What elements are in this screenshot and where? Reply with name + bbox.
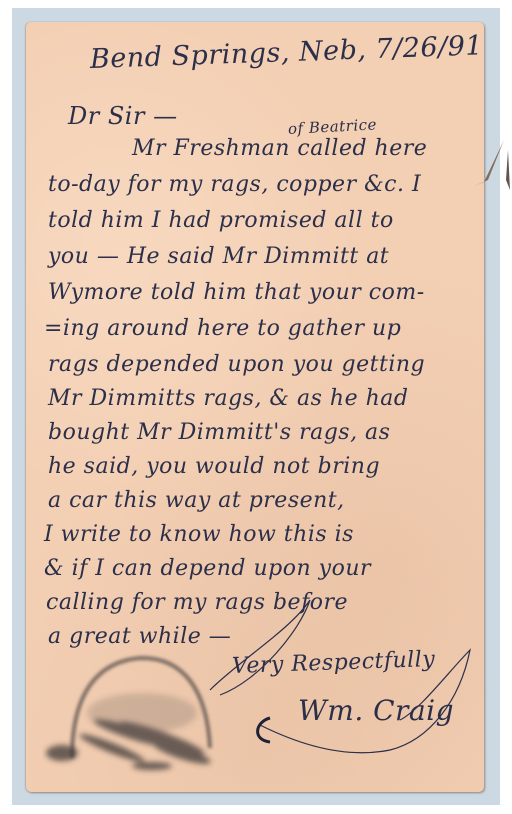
- body-line-9: bought Mr Dimmitt's rags, as: [48, 420, 390, 445]
- signature-flourish: [200, 590, 490, 760]
- body-line-7: rags depended upon you getting: [48, 352, 425, 377]
- ink-stain: [474, 140, 510, 190]
- body-line-6: =ing around here to gather up: [44, 316, 401, 341]
- body-line-13: & if I can depend upon your: [44, 556, 371, 581]
- body-line-12: I write to know how this is: [44, 522, 354, 547]
- body-line-10: he said, you would not bring: [48, 454, 380, 479]
- place-date-heading: Bend Springs, Neb, 7/26/91: [89, 30, 483, 75]
- body-line-5: Wymore told him that your com-: [48, 280, 425, 305]
- body-line-2: to-day for my rags, copper &c. I: [48, 172, 421, 197]
- body-line-1: Mr Freshman called here: [132, 136, 427, 161]
- body-line-8: Mr Dimmitts rags, & as he had: [48, 386, 408, 411]
- body-line-3: told him I had promised all to: [48, 208, 394, 233]
- postmark-smudge: [42, 648, 227, 778]
- insertion-note: of Beatrice: [288, 115, 378, 138]
- salutation: Dr Sir —: [68, 102, 178, 130]
- body-line-4: you — He said Mr Dimmitt at: [48, 244, 389, 269]
- body-line-11: a car this way at present,: [48, 488, 345, 513]
